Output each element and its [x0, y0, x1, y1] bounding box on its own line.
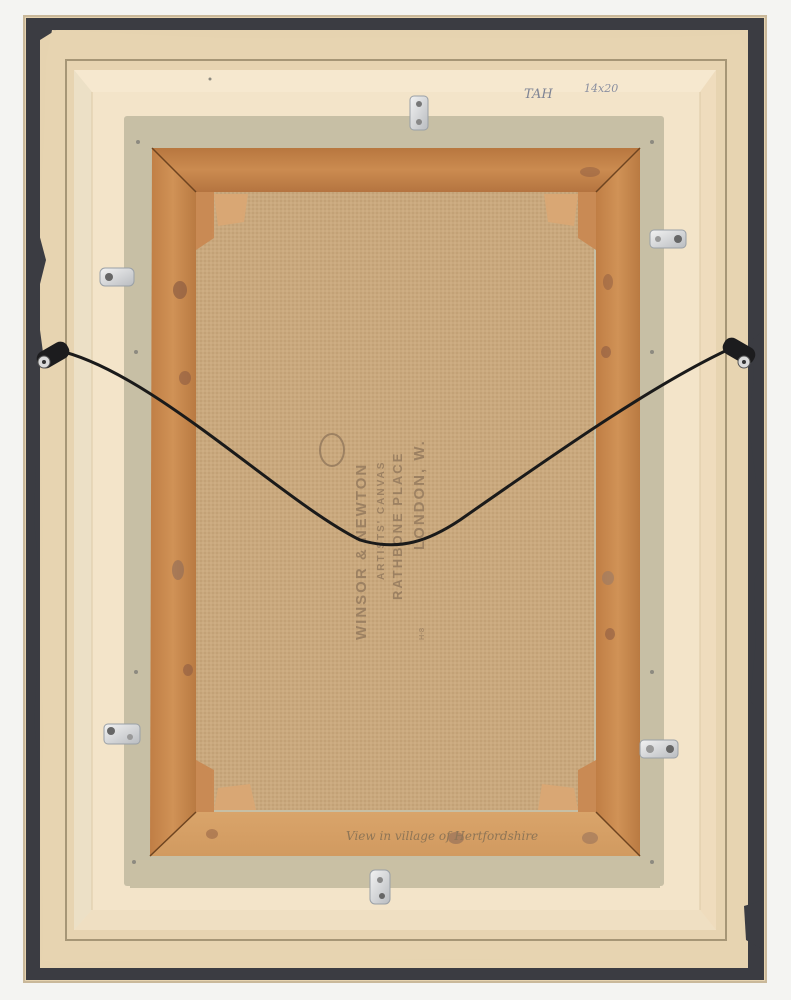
stamp-line-3: RATHBONE PLACE — [390, 452, 405, 600]
stretcher-inscription: View in village of Hertfordshire — [346, 829, 538, 843]
frame-back-photo: WINSOR & NEWTON ARTISTS' CANVAS RATHBONE… — [0, 0, 791, 1000]
clip-top-center — [410, 96, 428, 130]
stamp-line-2: ARTISTS' CANVAS — [376, 461, 387, 580]
stamp-line-4: LONDON, W. — [411, 439, 428, 550]
clip-left-lower — [104, 724, 140, 744]
stamp-line-1: WINSOR & NEWTON — [353, 463, 370, 640]
stamp-small-mark: H-8 — [418, 628, 426, 640]
initials-annotation: TAH — [524, 87, 553, 102]
clip-right-upper — [650, 230, 686, 248]
clip-right-lower — [640, 740, 678, 758]
clip-bottom-center — [370, 870, 390, 904]
dimensions-annotation: 14x20 — [584, 82, 618, 95]
clip-left-upper — [100, 268, 134, 286]
